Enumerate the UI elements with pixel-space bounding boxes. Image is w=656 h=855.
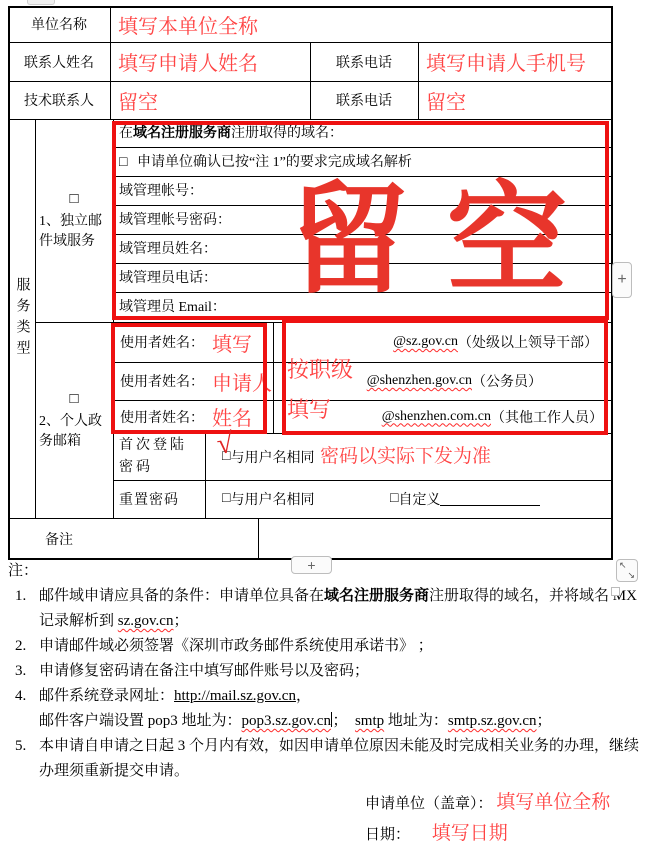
unit-name-value[interactable]: 填写本单位全称 [118,6,608,42]
section1-title: 1、独立邮件域服务 [36,212,112,252]
contact-name-label: 联系人姓名 [8,42,110,81]
contact-phone-value[interactable]: 填写申请人手机号 [426,42,611,81]
confirm-checkbox[interactable]: □ [119,155,127,170]
date-value[interactable]: 填写日期 [432,823,508,844]
tech-contact-value[interactable]: 留空 [118,81,308,119]
resize-se-icon: ↘ [627,570,635,581]
add-row-button[interactable]: + [291,556,332,574]
reset-same-checkbox[interactable]: □ [222,491,230,507]
remark-label: 备注 [8,518,110,560]
section2-category: □ 2、个人政务邮箱 [35,322,113,518]
add-column-button[interactable]: + [612,262,632,298]
by-rank-annotation: 按职级 填写 [287,350,353,430]
divider [110,6,111,119]
domain-confirm-row: □ 申请单位确认已按“注 1”的要求完成域名解析 [113,148,613,177]
section2-title: 2、个人政务邮箱 [36,412,112,452]
note-item-1: 1. 邮件域申请应具备的条件：申请单位具备在域名注册服务商注册取得的域名，并将域… [8,584,646,634]
date-label: 日期： [365,827,410,843]
note-item-3: 3. 申请修复密码请在备注中填写邮件账号以及密码； [8,659,646,684]
unit-name-label: 单位名称 [8,6,110,42]
tech-contact-label: 技术联系人 [8,81,110,119]
notes-section: 注： 1. 邮件域申请应具备的条件：申请单位具备在域名注册服务商注册取得的域名，… [8,559,646,784]
contact-phone-label: 联系电话 [310,42,418,81]
checkmark-annotation: √ [215,427,234,461]
tech-phone-value[interactable]: 留空 [426,81,611,119]
note-item-5: 5. 本申请自申请之日起 3 个月内有效，如因申请单位原因未能及时完成相关业务的… [8,734,646,784]
user-name-annotation: 填写 [212,328,252,357]
divider [205,433,206,518]
section1-category: □ 1、独立邮件域服务 [35,119,113,322]
table-resize-handle[interactable]: ↖ ↘ [616,559,638,582]
resize-nw-icon: ↖ [619,560,627,571]
apply-unit-value[interactable]: 填写单位全称 [496,792,610,813]
domain-obtained-row[interactable]: 在域名注册服务商注册取得的域名： [113,119,613,148]
user-name-row[interactable]: 使用者姓名： 申请人 [120,362,270,400]
signature-block: 申请单位（盖章）： 填写单位全称 日期： 填写日期 [365,787,610,845]
custom-fill-line[interactable] [440,492,540,506]
table-corner-handle[interactable] [611,587,620,596]
first-password-label: 首次登陆密码 [119,433,203,480]
user-name-row[interactable]: 使用者姓名： 填写 [120,322,270,362]
user-name-row[interactable]: 使用者姓名： 姓名 [120,400,270,433]
divider [418,42,419,119]
reset-custom-option: □ 自定义 [390,480,610,518]
plus-icon: + [307,557,315,573]
custom-checkbox[interactable]: □ [390,491,398,507]
section2-checkbox[interactable]: □ [69,389,78,409]
tech-phone-label: 联系电话 [310,81,418,119]
leave-blank-overlay: 留空 [289,181,605,301]
section1-checkbox[interactable]: □ [69,189,78,209]
user-name-annotation: 申请人 [212,367,272,396]
remark-field[interactable] [258,518,613,560]
service-type-label: 服务类型 [8,119,35,518]
form-document: 单位名称 填写本单位全称 联系人姓名 填写申请人姓名 联系电话 填写申请人手机号… [0,0,656,855]
contact-name-value[interactable]: 填写申请人姓名 [118,42,308,81]
note-item-4: 4. 邮件系统登录网址：http://mail.sz.gov.cn，邮件客户端设… [8,684,646,734]
divider [273,322,274,433]
apply-unit-label: 申请单位（盖章）： [365,796,493,812]
user-name-annotation: 姓名 [212,402,252,431]
plus-icon: + [617,271,626,289]
password-issued-annotation: 密码以实际下发为准 [320,433,491,480]
toolbar-fragment [27,0,55,5]
note-item-2: 2. 申请邮件域必须签署《深圳市政务邮件系统使用承诺书》 ； [8,634,646,659]
reset-password-label: 重置密码 [119,480,203,518]
reset-same-option: □ 与用户名相同 [222,480,382,518]
